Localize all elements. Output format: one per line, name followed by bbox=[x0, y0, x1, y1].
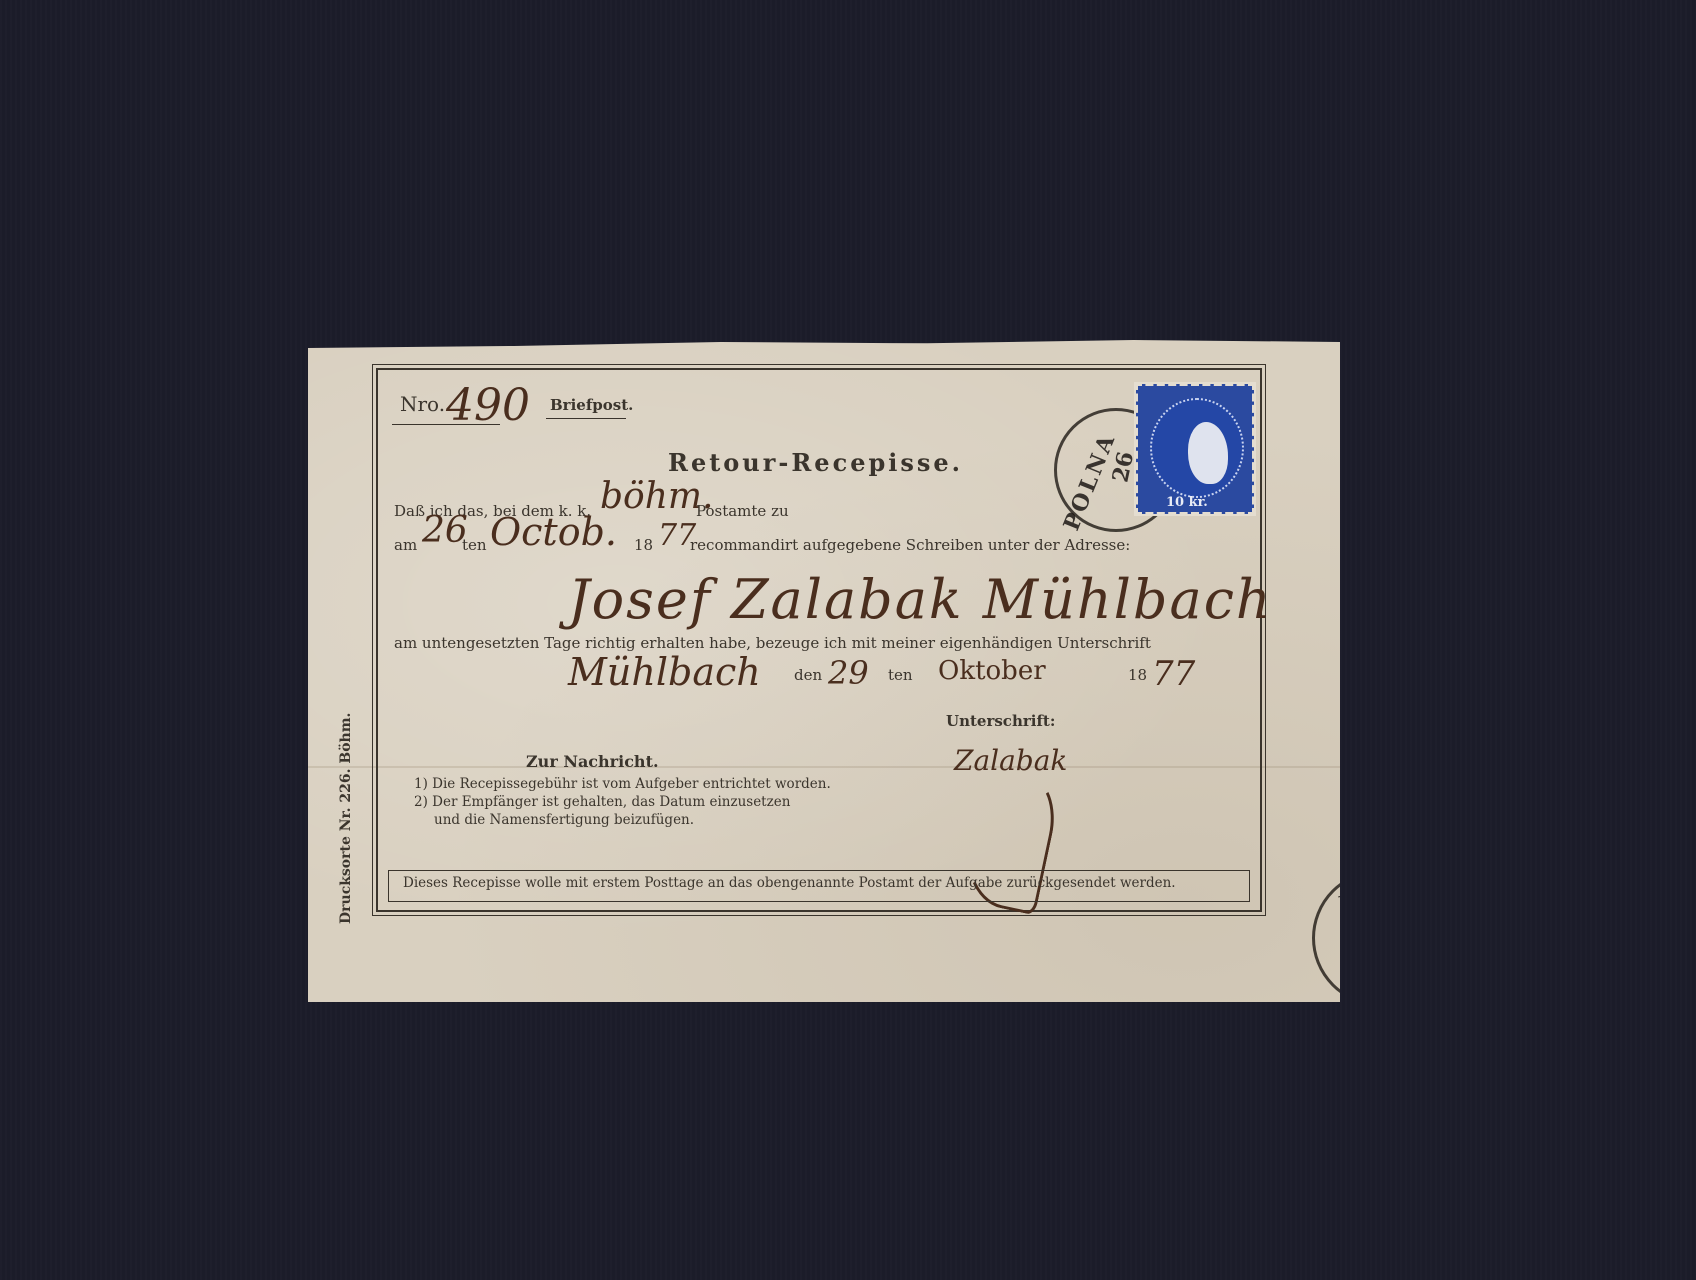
line1-end: Postamte zu bbox=[696, 502, 789, 520]
handwritten-day-received: 29 bbox=[828, 654, 869, 692]
emperor-portrait-icon bbox=[1188, 422, 1228, 484]
signature-label: Unterschrift: bbox=[946, 712, 1055, 730]
form-frame: Nro. 490 Briefpost. Retour-Recepisse. Da… bbox=[376, 368, 1262, 912]
footer-instruction: Dieses Recepisse wolle mit erstem Postta… bbox=[403, 875, 1176, 891]
handwritten-month-received: Oktober bbox=[938, 656, 1046, 686]
note-item: und die Namensfertigung beizufügen. bbox=[434, 812, 694, 828]
handwritten-month-sent: Octob. bbox=[490, 510, 617, 554]
footer-box: Dieses Recepisse wolle mit erstem Postta… bbox=[388, 870, 1250, 902]
line4-ten: ten bbox=[888, 666, 913, 684]
number-label: Nro. bbox=[400, 392, 445, 416]
line2-year-prefix: 18 bbox=[634, 536, 653, 554]
notes-title: Zur Nachricht. bbox=[526, 752, 659, 771]
line2-end: recommandirt aufgegebene Schreiben unter… bbox=[690, 536, 1130, 554]
handwritten-year-received: 77 bbox=[1152, 654, 1195, 694]
note-item: 2) Der Empfänger ist gehalten, das Datum… bbox=[414, 794, 790, 810]
handwritten-addressee: Josef Zalabak Mühlbach bbox=[568, 568, 1273, 631]
return-receipt-document: Drucksorte Nr. 226. Böhm. Nro. 490 Brief… bbox=[308, 338, 1340, 1002]
line4-year-prefix: 18 bbox=[1128, 666, 1147, 684]
document-title: Retour-Recepisse. bbox=[668, 448, 963, 477]
postage-stamp: 10 kr. bbox=[1136, 384, 1254, 514]
note-item: 1) Die Recepissegebühr ist vom Aufgeber … bbox=[414, 776, 831, 792]
postmark-burg-date: 31/10 bbox=[1358, 916, 1412, 951]
handwritten-day-sent: 26 bbox=[422, 510, 468, 551]
service-underline bbox=[546, 418, 626, 419]
line2-ten: ten bbox=[462, 536, 487, 554]
postmark-burg bbox=[1312, 870, 1448, 1006]
number-value: 490 bbox=[446, 380, 530, 431]
handwritten-place: Mühlbach bbox=[568, 650, 761, 694]
stamp-value: 10 kr. bbox=[1166, 495, 1208, 510]
side-imprint: Drucksorte Nr. 226. Böhm. bbox=[338, 713, 354, 924]
line2-prefix: am bbox=[394, 536, 417, 554]
service-label: Briefpost. bbox=[550, 396, 633, 414]
line3-text: am untengesetzten Tage richtig erhalten … bbox=[394, 634, 1151, 652]
postmark-burg-town: BURG bbox=[1336, 875, 1408, 914]
stamp-medallion bbox=[1150, 398, 1244, 498]
line4-den: den bbox=[794, 666, 822, 684]
